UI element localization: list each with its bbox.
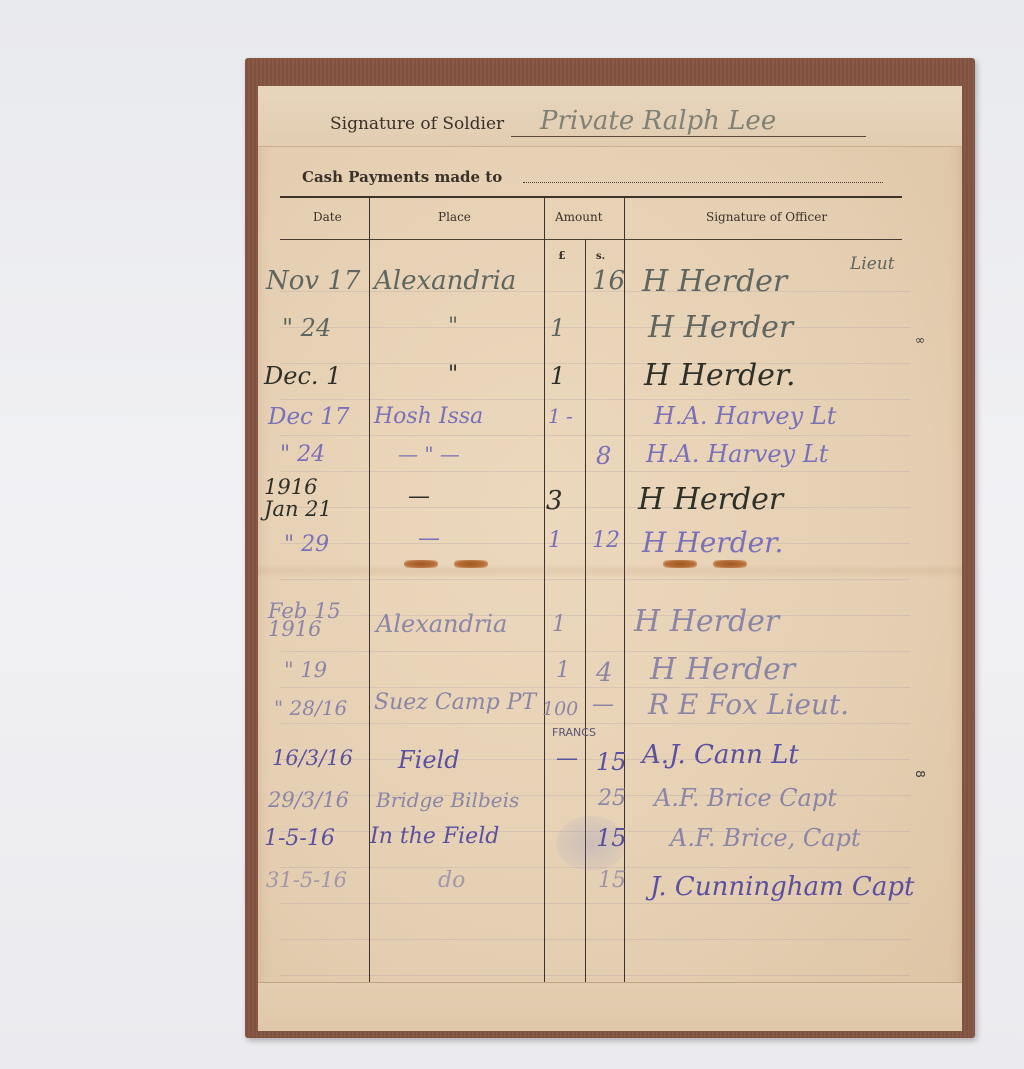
entry-shillings: 12 <box>592 528 620 553</box>
column-header-place: Place <box>438 210 471 224</box>
entry-officer: H.A. Harvey Lt <box>654 402 836 430</box>
entry-place: Hosh Issa <box>374 404 483 429</box>
entry-shillings: 15 <box>596 824 627 852</box>
entry-officer: A.F. Brice, Capt <box>670 824 861 852</box>
entry-date: 16/3/16 <box>272 746 353 770</box>
entry-place: Suez Camp PT <box>374 690 536 715</box>
entry-place: Alexandria <box>376 610 507 638</box>
entry-shillings: 15 <box>598 868 626 893</box>
signature-line <box>511 136 866 137</box>
francs-stamp: FRANCS <box>552 726 596 739</box>
entry-place: — <box>418 526 440 551</box>
entry-date: " 24 <box>280 442 325 467</box>
entry-date: " 19 <box>284 658 327 682</box>
column-header-officer: Signature of Officer <box>706 210 827 224</box>
entry-date: Nov 17 <box>266 266 360 296</box>
entry-place: Field <box>398 746 460 774</box>
column-header-rule <box>280 239 902 240</box>
entry-pounds: 1 <box>550 314 565 342</box>
entry-shillings: 8 <box>596 442 611 470</box>
header-rule <box>280 196 902 198</box>
entry-pounds: 1 <box>550 362 565 390</box>
entry-officer: R E Fox Lieut. <box>648 688 849 721</box>
entry-officer: H Herder <box>642 264 787 299</box>
stain <box>454 560 488 568</box>
margin-mark: 8 <box>913 770 927 778</box>
entry-officer: A.J. Cann Lt <box>642 740 799 770</box>
entry-pounds: 100 <box>542 698 578 720</box>
cash-payments-line <box>523 182 883 183</box>
column-header-date: Date <box>313 210 342 224</box>
margin-mark: ∞ <box>915 333 925 347</box>
entry-pounds: 3 <box>546 486 563 516</box>
stain <box>713 560 747 568</box>
entry-shillings: 25 <box>598 786 626 811</box>
stain <box>663 560 697 568</box>
entry-officer: H Herder <box>650 652 795 687</box>
entry-date: " 29 <box>284 532 329 557</box>
entry-place: " <box>448 314 458 339</box>
stain <box>404 560 438 568</box>
entry-pounds: 1 <box>556 658 570 683</box>
entry-pounds: 1 <box>548 404 561 428</box>
officer-rank: Lieut <box>850 254 895 274</box>
bottom-margin-strip <box>258 982 962 1031</box>
page-fold <box>258 564 962 578</box>
entry-date: 1-5-16 <box>264 826 335 851</box>
entry-place: — <box>408 484 430 509</box>
entry-shillings: — <box>592 692 614 717</box>
entry-officer: A.F. Brice Capt <box>654 784 837 812</box>
entry-officer: H Herder <box>638 482 783 517</box>
entry-date: 29/3/16 <box>268 788 349 812</box>
entry-place: — " — <box>398 442 460 466</box>
entry-date: Feb 15 1916 <box>268 602 348 638</box>
cash-payments-label: Cash Payments made to <box>302 168 502 186</box>
entry-officer: J. Cunningham Capt <box>650 872 914 902</box>
entry-officer: H Herder <box>648 310 793 345</box>
entry-pounds: 1 <box>548 528 562 553</box>
entry-date: Dec. 1 <box>264 362 341 390</box>
column-header-amount: Amount <box>555 210 603 224</box>
entry-officer: H.A. Harvey Lt <box>646 440 828 468</box>
entry-shillings: 16 <box>592 266 625 296</box>
entry-officer: H Herder. <box>642 526 783 559</box>
entry-officer: H Herder. <box>644 358 796 393</box>
soldier-signature: Private Ralph Lee <box>540 106 776 136</box>
column-divider-date <box>369 196 370 982</box>
entry-date: Dec 17 <box>268 404 350 430</box>
entry-shillings: - <box>566 404 573 428</box>
entry-date: 1916 Jan 21 <box>264 476 354 520</box>
entry-place: do <box>438 868 465 893</box>
column-divider-amount <box>624 196 625 982</box>
column-divider-place <box>544 196 545 982</box>
ledger-page: Signature of Soldier Private Ralph Lee C… <box>258 86 962 1030</box>
entry-shillings: 4 <box>596 658 613 688</box>
entry-date: 31-5-16 <box>266 868 347 892</box>
entry-pounds: 1 <box>552 612 566 637</box>
entry-place: Alexandria <box>374 266 516 296</box>
entry-date: " 24 <box>282 314 331 342</box>
signature-of-soldier-label: Signature of Soldier <box>330 114 504 134</box>
entry-date: " 28/16 <box>274 696 347 720</box>
entry-shillings: 15 <box>596 748 627 776</box>
entry-officer: H Herder <box>634 604 779 639</box>
entry-pounds: — <box>556 746 578 771</box>
entry-place: " <box>448 362 458 387</box>
entry-place: Bridge Bilbeis <box>376 788 519 812</box>
entry-place: In the Field <box>370 824 499 849</box>
